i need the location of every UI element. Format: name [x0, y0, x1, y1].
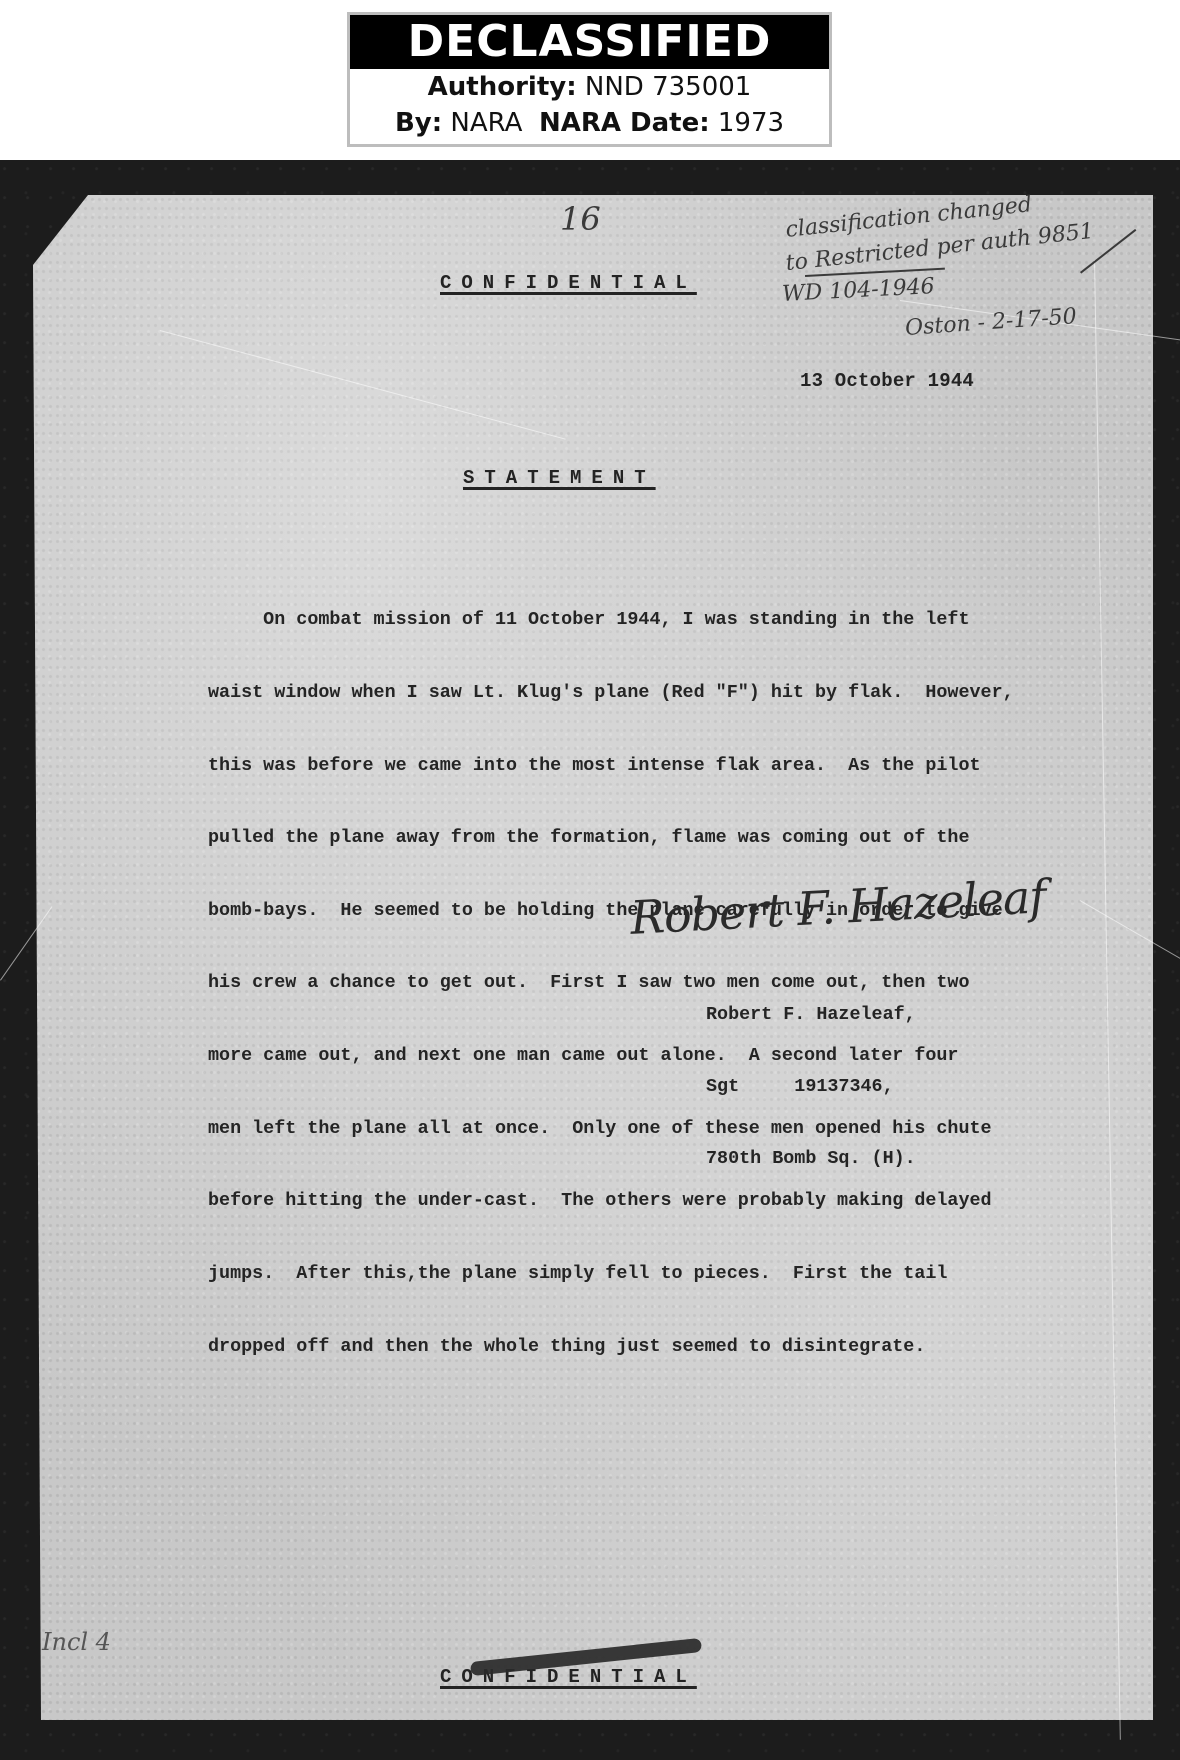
body-line: pulled the plane away from the formation… — [208, 826, 1088, 850]
document-date: 13 October 1944 — [800, 370, 974, 392]
signer-rank-serial: Sgt 19137346, — [706, 1075, 916, 1099]
body-line: waist window when I saw Lt. Klug's plane… — [208, 681, 1088, 705]
enclosure-note: Incl 4 — [42, 1628, 111, 1656]
stamp-authority-label: Authority: — [428, 72, 577, 102]
classification-top: CONFIDENTIAL — [440, 272, 697, 294]
stamp-authority: Authority: NND 735001 — [350, 69, 829, 105]
statement-body: On combat mission of 11 October 1944, I … — [208, 560, 1088, 1383]
body-line: before hitting the under-cast. The other… — [208, 1189, 1088, 1213]
body-line: jumps. After this,the plane simply fell … — [208, 1262, 1088, 1286]
stamp-date-value: 1973 — [718, 108, 784, 138]
signer-block: Robert F. Hazeleaf, Sgt 19137346, 780th … — [706, 955, 916, 1195]
body-line: On combat mission of 11 October 1944, I … — [208, 608, 1088, 632]
stamp-by-label: By: — [395, 108, 442, 138]
stamp-authority-value: NND 735001 — [585, 72, 751, 102]
signer-unit: 780th Bomb Sq. (H). — [706, 1147, 916, 1171]
stamp-date-label: NARA Date: — [539, 108, 710, 138]
stamp-by-value: NARA — [450, 108, 522, 138]
page-number-handwritten: 16 — [560, 200, 601, 238]
body-line: men left the plane all at once. Only one… — [208, 1117, 1088, 1141]
body-line: his crew a chance to get out. First I sa… — [208, 971, 1088, 995]
body-line: dropped off and then the whole thing jus… — [208, 1335, 1088, 1359]
statement-heading: STATEMENT — [463, 467, 656, 489]
body-line: more came out, and next one man came out… — [208, 1044, 1088, 1068]
declassified-stamp: DECLASSIFIED Authority: NND 735001 By: N… — [347, 12, 832, 147]
signer-name: Robert F. Hazeleaf, — [706, 1003, 916, 1027]
stamp-by-date: By: NARA NARA Date: 1973 — [350, 105, 829, 141]
stamp-title: DECLASSIFIED — [350, 15, 829, 69]
body-line: this was before we came into the most in… — [208, 754, 1088, 778]
